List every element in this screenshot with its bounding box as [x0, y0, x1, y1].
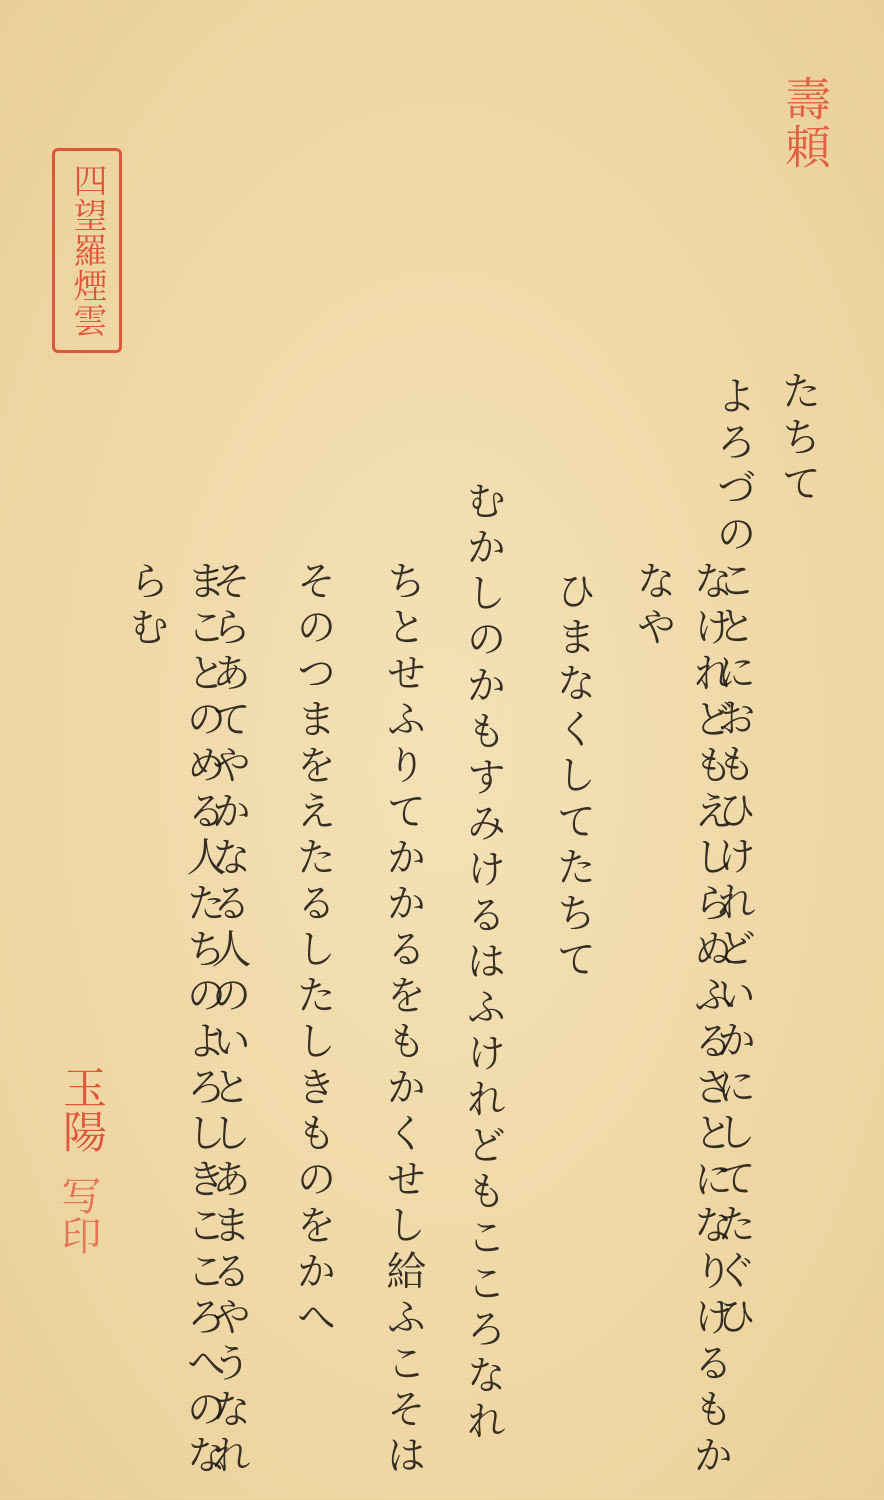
text-column-5: むかしのかもすみけるはふけれどもこころなれ — [455, 480, 512, 1446]
seal-bottom-2: 写印 — [58, 1175, 98, 1255]
text-column-3: なけれどもえしらぬふるさとになりけるもかなや — [625, 560, 739, 1500]
seal-left-box-text: 四望羅煙雲 — [70, 163, 104, 338]
text-column-1: たちて — [770, 370, 827, 508]
seal-top-right: 壽頼 — [782, 75, 828, 171]
text-column-9: まことのめる人たちのよろしきこころへのならむ — [118, 560, 232, 1500]
text-column-7: そのつまをえたるしたしきものをかへ — [285, 560, 342, 1342]
manuscript-page: 壽頼 四望羅煙雲 玉陽 写印 たちて よろづのことにおもひけれどいかにしてたぐひ… — [0, 0, 884, 1500]
text-column-4: ひまなくしてたちて — [545, 570, 602, 984]
text-column-6: ちとせふりてかかるをもかくせし給ふこそは — [375, 560, 432, 1480]
seal-bottom-1: 玉陽 — [58, 1065, 102, 1153]
seal-left-box: 四望羅煙雲 — [52, 148, 122, 353]
